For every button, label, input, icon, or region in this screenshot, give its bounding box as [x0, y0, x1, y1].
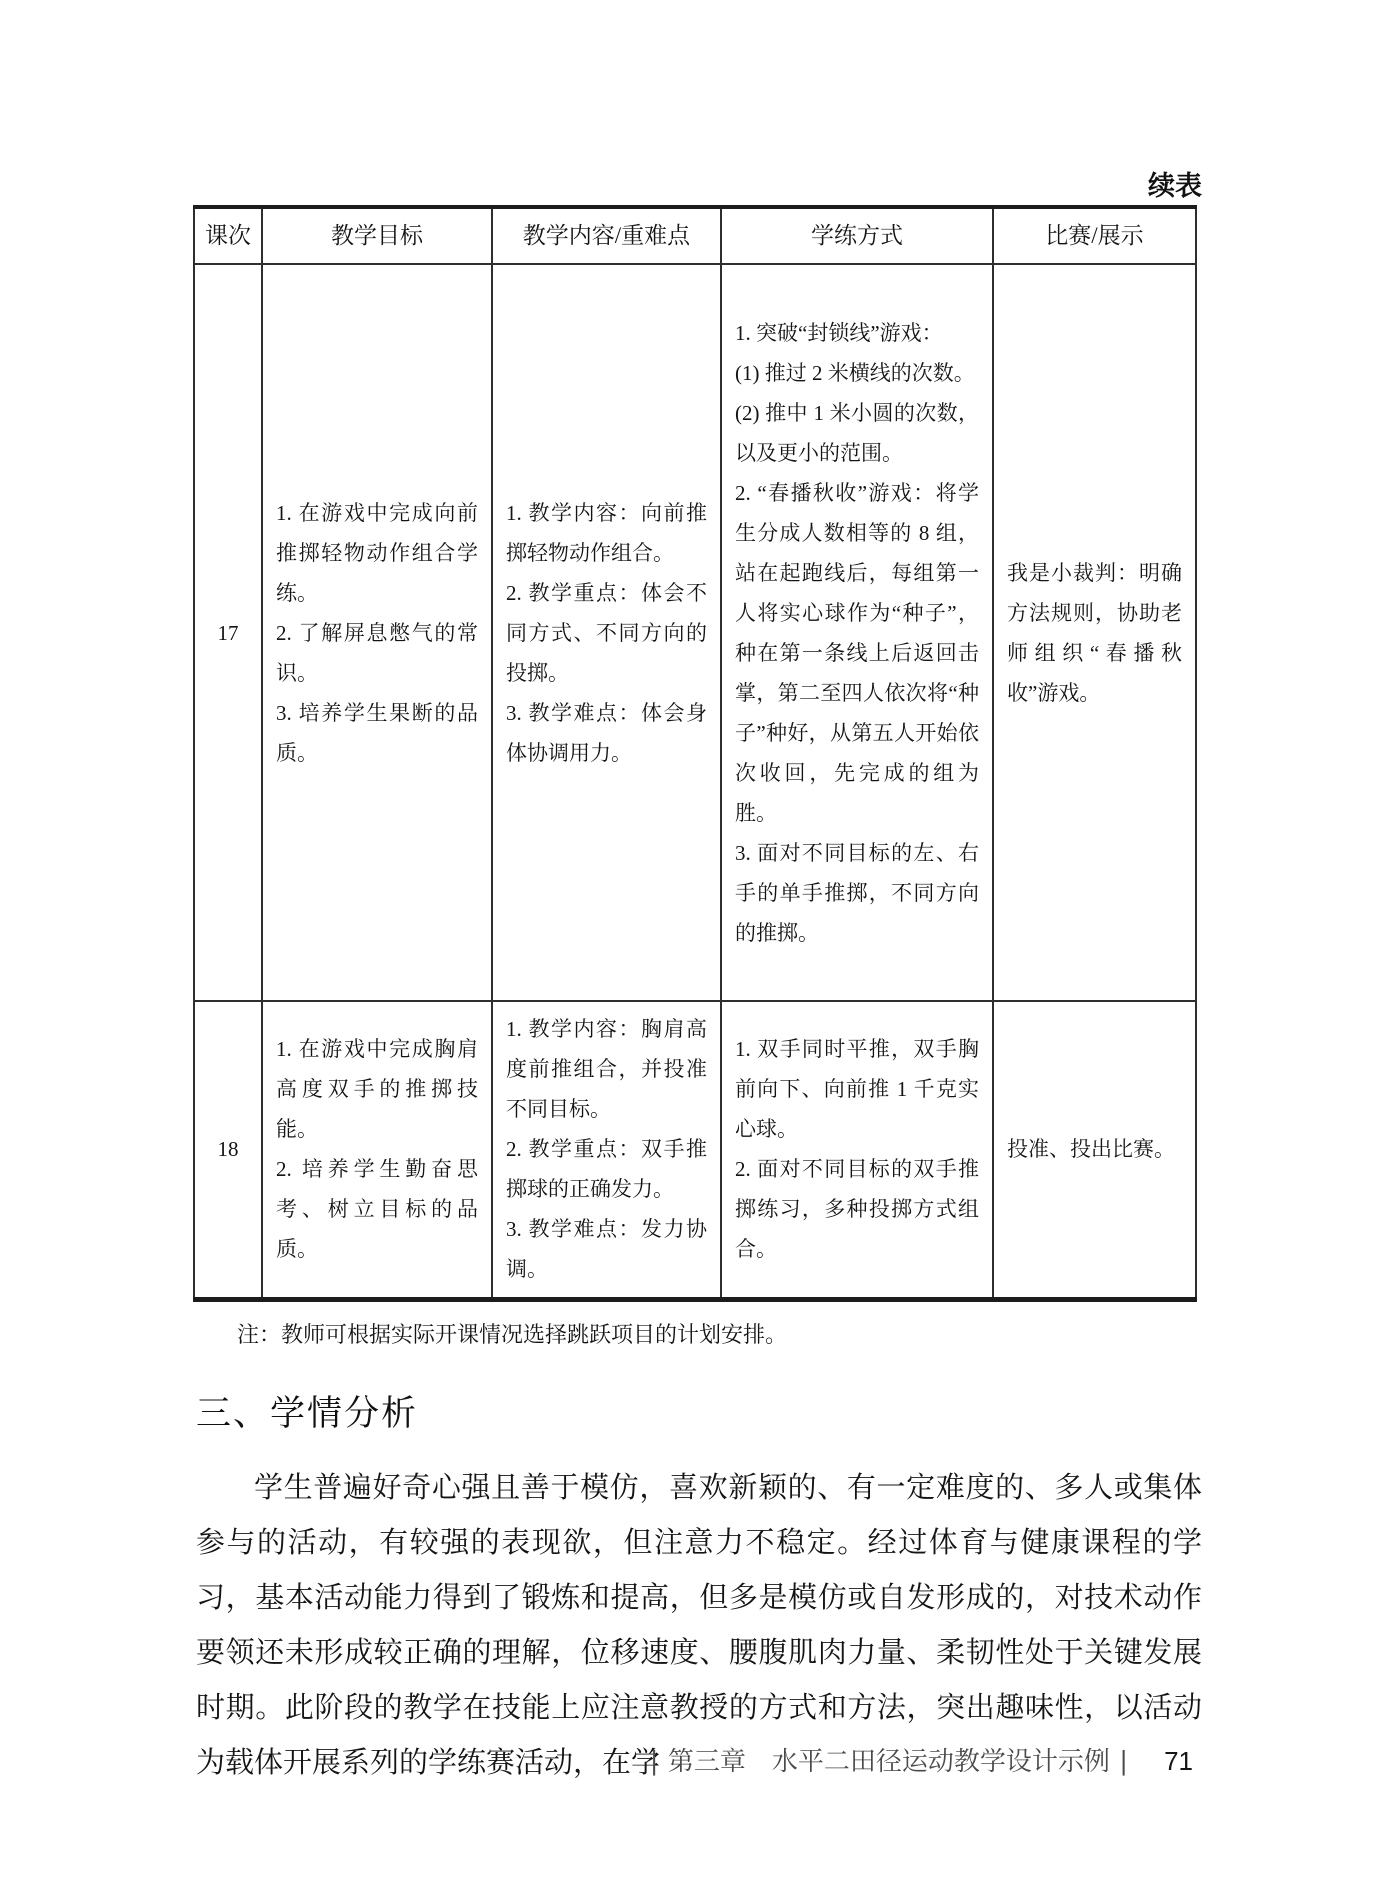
content-item: 2. 教学重点：体会不同方式、不同方向的投掷。 — [506, 573, 707, 693]
content-cell: 1. 教学内容：胸肩高度前推组合，并投准不同目标。 2. 教学重点：双手推掷球的… — [492, 1001, 721, 1299]
objective-item: 1. 在游戏中完成向前推掷轻物动作组合学练。 — [276, 493, 478, 613]
page-footer: ∣ 第三章 水平二田径运动教学设计示例 ∣71 — [648, 1741, 1193, 1778]
objectives-cell: 1. 在游戏中完成向前推掷轻物动作组合学练。 2. 了解屏息憋气的常识。 3. … — [262, 264, 492, 1001]
header-content: 教学内容/重难点 — [492, 207, 721, 264]
content-item: 2. 教学重点：双手推掷球的正确发力。 — [506, 1129, 707, 1209]
method-item: 1. 突破“封锁线”游戏： — [735, 313, 979, 353]
section-heading: 三、学情分析 — [196, 1386, 418, 1436]
header-lesson: 课次 — [194, 207, 262, 264]
objectives-cell: 1. 在游戏中完成胸肩高度双手的推掷技能。 2. 培养学生勤奋思考、树立目标的品… — [262, 1001, 492, 1299]
competition-cell: 投准、投出比赛。 — [993, 1001, 1196, 1299]
continued-table-label: 续表 — [1148, 164, 1202, 203]
lesson-plan-table: 课次 教学目标 教学内容/重难点 学练方式 比赛/展示 17 1. 在游戏中完成… — [193, 205, 1197, 1302]
lesson-number-cell: 17 — [194, 264, 262, 1001]
content-cell: 1. 教学内容：向前推掷轻物动作组合。 2. 教学重点：体会不同方式、不同方向的… — [492, 264, 721, 1001]
objective-item: 3. 培养学生果断的品质。 — [276, 693, 478, 773]
methods-cell: 1. 突破“封锁线”游戏： (1) 推过 2 米横线的次数。 (2) 推中 1 … — [721, 264, 993, 1001]
header-methods: 学练方式 — [721, 207, 993, 264]
footer-page-number: 71 — [1164, 1746, 1193, 1776]
table-row-lesson-17: 17 1. 在游戏中完成向前推掷轻物动作组合学练。 2. 了解屏息憋气的常识。 … — [194, 264, 1196, 1001]
header-objectives: 教学目标 — [262, 207, 492, 264]
content-item: 1. 教学内容：胸肩高度前推组合，并投准不同目标。 — [506, 1009, 707, 1129]
method-item: (2) 推中 1 米小圆的次数，以及更小的范围。 — [735, 393, 979, 473]
objective-item: 1. 在游戏中完成胸肩高度双手的推掷技能。 — [276, 1029, 478, 1149]
book-page: { "page": { "continued_label": "续表", "no… — [0, 0, 1374, 1891]
method-item: 2. 面对不同目标的双手推掷练习，多种投掷方式组合。 — [735, 1149, 979, 1269]
table-header-row: 课次 教学目标 教学内容/重难点 学练方式 比赛/展示 — [194, 207, 1196, 264]
lesson-number-cell: 18 — [194, 1001, 262, 1299]
header-competition: 比赛/展示 — [993, 207, 1196, 264]
content-item: 3. 教学难点：发力协调。 — [506, 1209, 707, 1289]
table-row-lesson-18: 18 1. 在游戏中完成胸肩高度双手的推掷技能。 2. 培养学生勤奋思考、树立目… — [194, 1001, 1196, 1299]
table-note: 注：教师可根据实际开课情况选择跳跃项目的计划安排。 — [237, 1318, 1197, 1349]
method-item: 1. 双手同时平推，双手胸前向下、向前推 1 千克实心球。 — [735, 1029, 979, 1149]
methods-cell: 1. 双手同时平推，双手胸前向下、向前推 1 千克实心球。 2. 面对不同目标的… — [721, 1001, 993, 1299]
method-item: 3. 面对不同目标的左、右手的单手推掷，不同方向的推掷。 — [735, 833, 979, 953]
footer-chapter-title: ∣ 第三章 水平二田径运动教学设计示例 ∣ — [648, 1746, 1130, 1776]
lesson-plan-table-wrap: 课次 教学目标 教学内容/重难点 学练方式 比赛/展示 17 1. 在游戏中完成… — [193, 205, 1195, 1302]
method-item: (1) 推过 2 米横线的次数。 — [735, 353, 979, 393]
content-item: 1. 教学内容：向前推掷轻物动作组合。 — [506, 493, 707, 573]
objective-item: 2. 培养学生勤奋思考、树立目标的品质。 — [276, 1149, 478, 1269]
objective-item: 2. 了解屏息憋气的常识。 — [276, 613, 478, 693]
competition-item: 我是小裁判：明确方法规则，协助老师组织“春播秋收”游戏。 — [1007, 553, 1182, 713]
content-item: 3. 教学难点：体会身体协调用力。 — [506, 693, 707, 773]
competition-item: 投准、投出比赛。 — [1007, 1129, 1182, 1169]
method-item: 2. “春播秋收”游戏：将学生分成人数相等的 8 组，站在起跑线后，每组第一人将… — [735, 473, 979, 833]
competition-cell: 我是小裁判：明确方法规则，协助老师组织“春播秋收”游戏。 — [993, 264, 1196, 1001]
